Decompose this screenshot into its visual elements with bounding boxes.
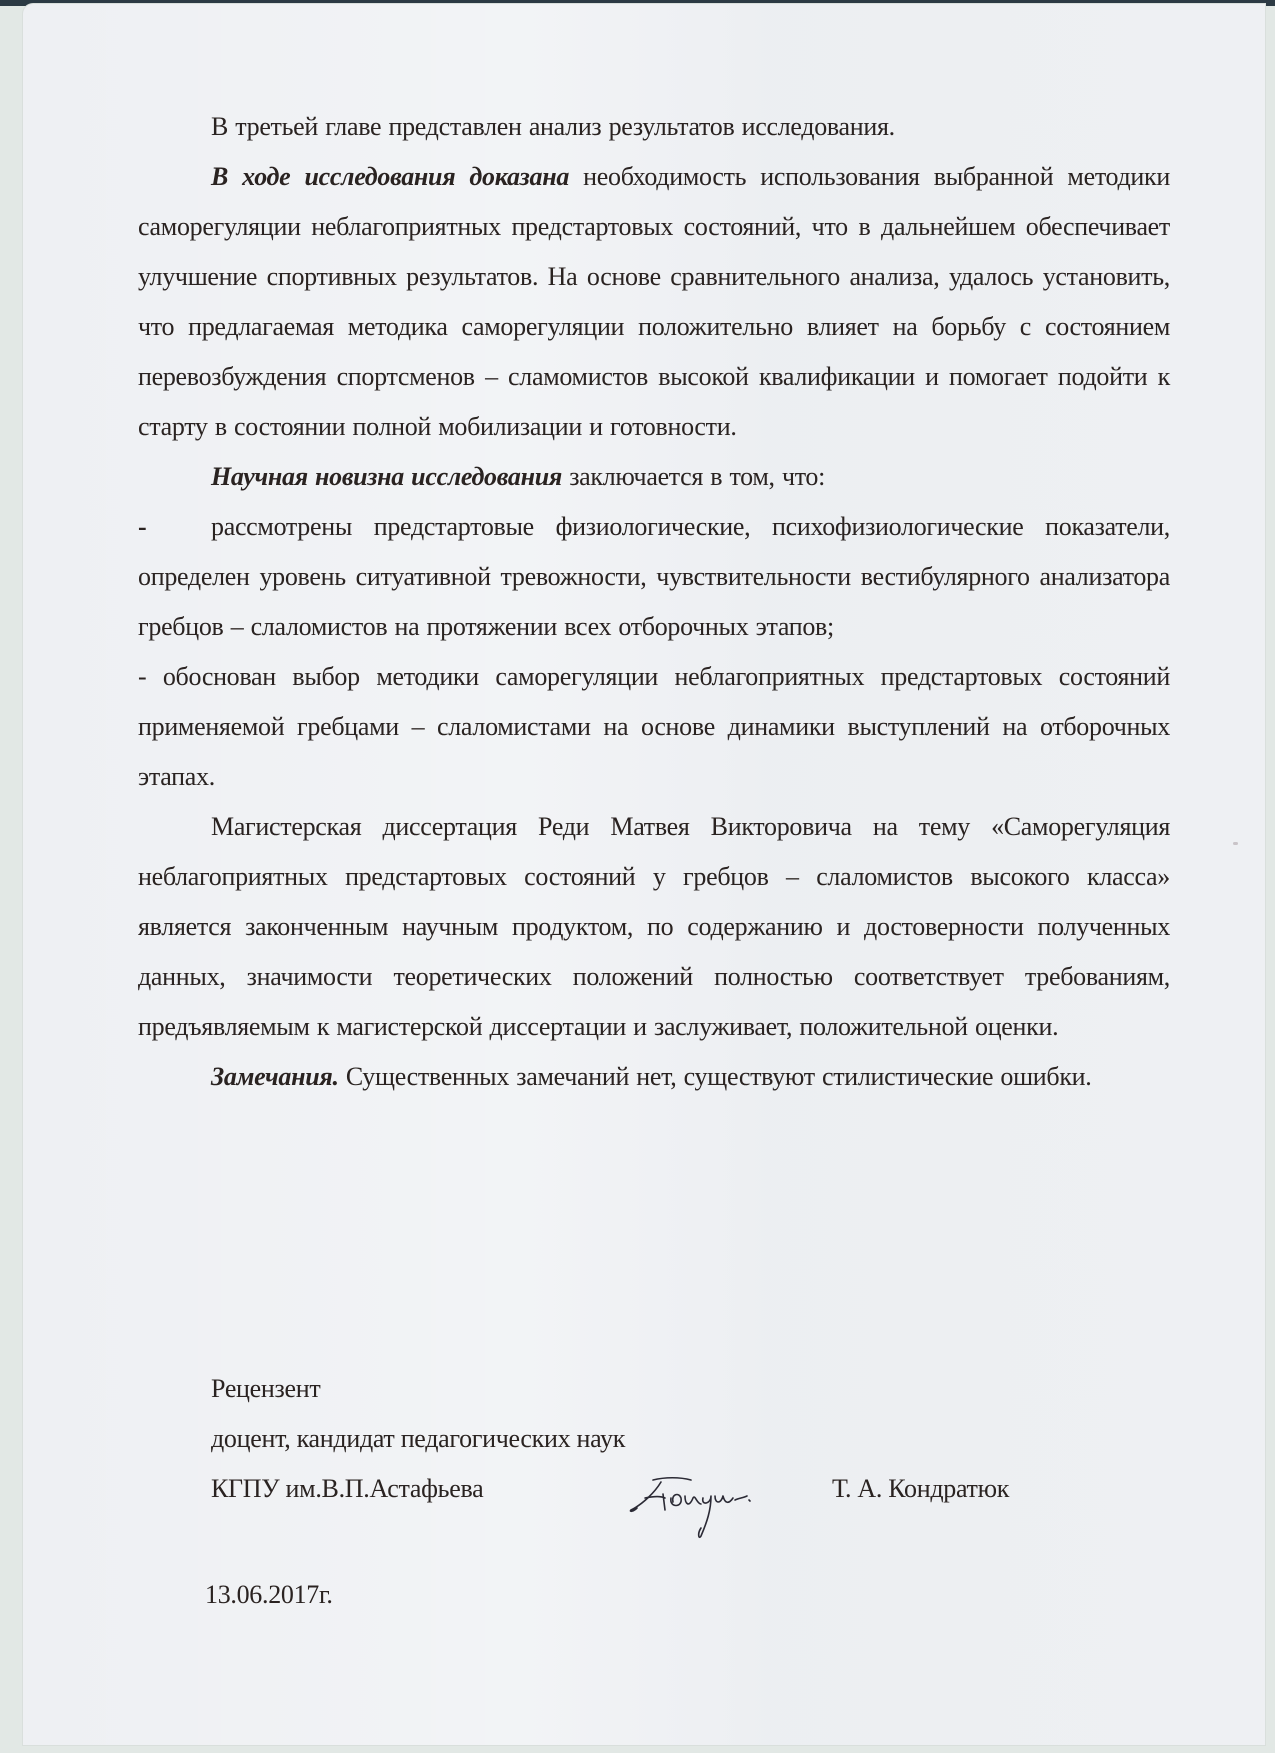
document-body: В третьей главе представлен анализ резул… — [138, 102, 1170, 1102]
reviewer-role: Рецензент — [211, 1364, 1111, 1414]
document-date: 13.06.2017г. — [205, 1570, 333, 1620]
dash-bullet: - — [138, 502, 211, 552]
paragraph-text: Магистерская диссертация Реди Матвея Вик… — [138, 812, 1170, 1041]
reviewer-title: доцент, кандидат педагогических наук — [211, 1414, 1111, 1464]
reviewer-name: Т. А. Кондратюк — [832, 1464, 1009, 1514]
paper-speck — [1233, 842, 1238, 845]
list-item-text: - обоснован выбор методики саморегуляции… — [138, 662, 1170, 791]
paragraph-lead: Замечания. — [211, 1062, 339, 1091]
paragraph-lead: Научная новизна исследования — [211, 462, 562, 491]
paragraph-conclusion: Магистерская диссертация Реди Матвея Вик… — [138, 802, 1170, 1052]
reviewer-organization: КГПУ им.В.П.Астафьева — [211, 1474, 483, 1503]
handwritten-signature-icon — [625, 1474, 755, 1544]
list-item-novelty-1: -рассмотрены предстартовые физиологическ… — [138, 502, 1170, 652]
paragraph-remarks: Замечания. Существенных замечаний нет, с… — [138, 1052, 1170, 1102]
paragraph-text: заключается в том, что: — [562, 462, 825, 491]
document-page: В третьей главе представлен анализ резул… — [23, 4, 1265, 1745]
paragraph-text: необходимость использования выбранной ме… — [138, 162, 1170, 441]
paragraph-lead: В ходе исследования доказана — [211, 162, 569, 191]
list-item-text: рассмотрены предстартовые физиологически… — [138, 512, 1170, 641]
paragraph-text: Существенных замечаний нет, существуют с… — [339, 1062, 1092, 1091]
paragraph-proven: В ходе исследования доказана необходимос… — [138, 152, 1170, 452]
list-item-novelty-2: - обоснован выбор методики саморегуляции… — [138, 652, 1170, 802]
paragraph-novelty: Научная новизна исследования заключается… — [138, 452, 1170, 502]
paragraph-chapter-three: В третьей главе представлен анализ резул… — [138, 102, 1170, 152]
paragraph-text: В третьей главе представлен анализ резул… — [211, 112, 895, 141]
